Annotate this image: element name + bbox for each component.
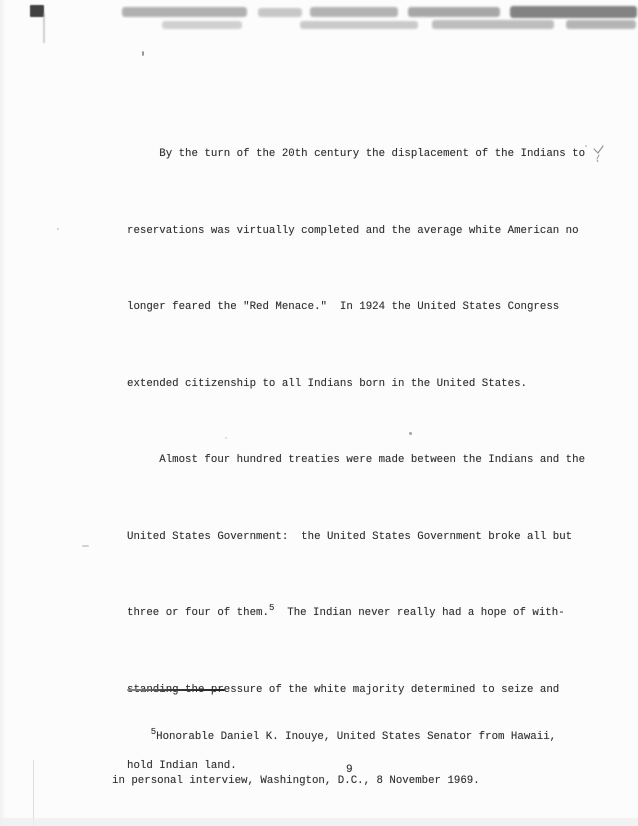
footnote-marker-5: 5 — [151, 727, 156, 737]
scan-crease-line — [43, 13, 45, 43]
scan-crease-line — [33, 760, 34, 826]
footnote-line: in personal interview, Washington, D.C.,… — [112, 774, 556, 789]
scan-artifact-band — [122, 7, 247, 17]
text-line: United States Government: the United Sta… — [127, 525, 585, 551]
scanned-document-page: By the turn of the 20th century the disp… — [0, 0, 638, 826]
text-line: three or four of them.5 The Indian never… — [127, 601, 585, 627]
scan-speck — [585, 145, 587, 147]
line-segment: The Indian never really had a hope of wi… — [274, 607, 564, 619]
text-line: reservations was virtually completed and… — [127, 219, 585, 245]
scan-artifact-band — [258, 8, 302, 17]
line-segment — [112, 731, 151, 743]
text-line: longer feared the "Red Menace." In 1924 … — [127, 295, 585, 321]
scan-artifact-band — [408, 7, 500, 17]
footnote-separator-rule — [127, 689, 225, 691]
text-line: By the turn of the 20th century the disp… — [127, 142, 585, 168]
scan-artifact-band — [432, 20, 554, 29]
scan-artifact-band — [510, 6, 637, 18]
scan-speck — [142, 51, 144, 56]
scan-artifact-band — [566, 20, 636, 29]
footnote-reference-5: 5 — [269, 603, 274, 613]
scan-artifact-band — [310, 7, 398, 17]
scan-speck — [57, 228, 59, 230]
footnote: 5Honorable Daniel K. Inouye, United Stat… — [112, 701, 556, 817]
scan-artifact-band — [162, 21, 242, 29]
text-line: extended citizenship to all Indians born… — [127, 372, 585, 398]
scan-speck — [82, 545, 89, 547]
scan-artifact-square — [30, 5, 44, 17]
margin-checkmark-icon — [591, 144, 607, 164]
page-left-edge-shading — [0, 0, 6, 826]
scan-artifact-band — [300, 21, 418, 29]
page-number: 9 — [346, 764, 353, 776]
line-segment: Honorable Daniel K. Inouye, United State… — [156, 731, 556, 743]
line-segment: three or four of them. — [127, 607, 269, 619]
text-line: Almost four hundred treaties were made b… — [127, 448, 585, 474]
footnote-line: 5Honorable Daniel K. Inouye, United Stat… — [112, 730, 556, 745]
